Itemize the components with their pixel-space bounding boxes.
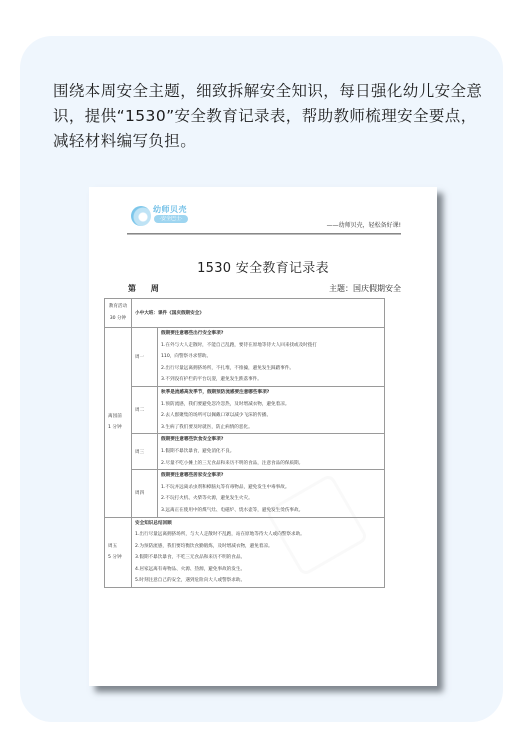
header-divider bbox=[127, 233, 401, 235]
table-row: 离园前 1 分钟 周一 假期要注意哪些出行安全事项? 1.在外与大人走散时，不能… bbox=[105, 328, 385, 387]
week-theme-line: 第 周 主题：国庆假期安全 bbox=[127, 283, 401, 297]
logo-name: 幼师贝壳 bbox=[153, 204, 187, 215]
table-row: 周五 5 分钟 安全知识总结回顾 1.出行尽量远离拥挤场所，与大人走散时不乱跑，… bbox=[105, 517, 385, 588]
friday-label-cell: 周五 5 分钟 bbox=[105, 517, 132, 588]
activity-content-cell: 小中大班：课件《国庆假期安全》 bbox=[132, 299, 385, 328]
before-leaving-label-cell: 离园前 1 分钟 bbox=[105, 328, 132, 518]
table-row: 周四 假期要注意哪些居家安全事项? 1.不玩并远离杀虫剂和樟脑丸等有毒物品，避免… bbox=[105, 470, 385, 517]
document-title: 1530 安全教育记录表 bbox=[89, 257, 437, 276]
table-row: 周二 秋季是流感高发季节，假期预防流感要注意哪些事项? 1.预防流感，我们要避免… bbox=[105, 386, 385, 433]
logo-tag: ·安全巴士· bbox=[154, 215, 188, 223]
document-preview: 幼师贝壳 ·安全巴士· ——幼师贝壳，轻松备好课! 1530 安全教育记录表 第… bbox=[89, 187, 437, 686]
table-row: 周三 假期要注意哪些饮食安全事项? 1.假期不暴饮暴食，避免消化不良。 2.尽量… bbox=[105, 434, 385, 470]
intro-description: 围绕本周安全主题，细致拆解安全知识，每日强化幼儿安全意识，提供“1530”安全教… bbox=[53, 79, 483, 154]
day-content-cell: 秋季是流感高发季节，假期预防流感要注意哪些事项? 1.预防流感，我们要避免忽冷忽… bbox=[158, 386, 385, 433]
safety-record-table: 教育活动 30 分钟 小中大班：课件《国庆假期安全》 离园前 1 分钟 周一 假… bbox=[104, 298, 385, 588]
document-header: 幼师贝壳 ·安全巴士· ——幼师贝壳，轻松备好课! bbox=[127, 202, 401, 238]
friday-content-cell: 安全知识总结回顾 1.出行尽量远离拥挤场所，与大人走散时不乱跑，站在原地等待大人… bbox=[132, 517, 385, 588]
day-content-cell: 假期要注意哪些居家安全事项? 1.不玩并远离杀虫剂和樟脑丸等有毒物品，避免发生中… bbox=[158, 470, 385, 517]
day-cell: 周三 bbox=[132, 434, 158, 470]
day-content-cell: 假期要注意哪些出行安全事项? 1.在外与大人走散时，不能自己乱跑，要待在原地等待… bbox=[158, 328, 385, 387]
day-content-cell: 假期要注意哪些饮食安全事项? 1.假期不暴饮暴食，避免消化不良。 2.尽量不吃小… bbox=[158, 434, 385, 470]
day-cell: 周四 bbox=[132, 470, 158, 517]
day-cell: 周二 bbox=[132, 386, 158, 433]
day-cell: 周一 bbox=[132, 328, 158, 387]
slogan: ——幼师贝壳，轻松备好课! bbox=[327, 220, 401, 229]
shell-logo-icon bbox=[131, 206, 151, 226]
activity-label-cell: 教育活动 30 分钟 bbox=[105, 299, 132, 328]
theme-label: 主题：国庆假期安全 bbox=[329, 283, 401, 294]
logo: 幼师贝壳 ·安全巴士· bbox=[131, 204, 201, 230]
week-label: 第 周 bbox=[128, 283, 165, 294]
table-row: 教育活动 30 分钟 小中大班：课件《国庆假期安全》 bbox=[105, 299, 385, 328]
